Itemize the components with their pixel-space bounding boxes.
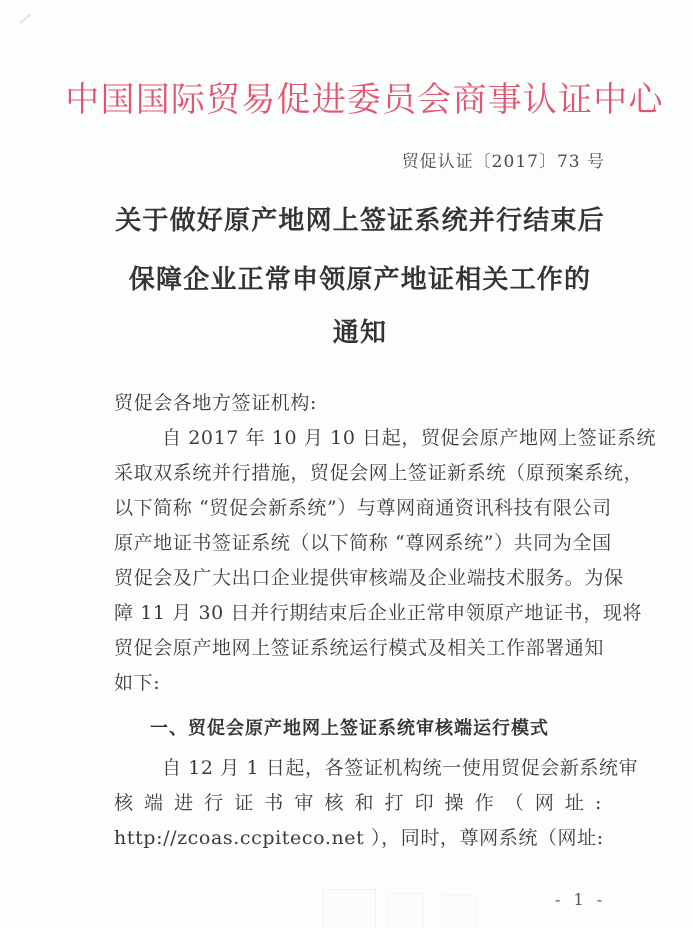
title-line-1: 关于做好原产地网上签证系统并行结束后 [100,204,620,238]
document-page: 中国国际贸易促进委员会商事认证中心 贸促认证〔2017〕73 号 关于做好原产地… [0,0,693,928]
paragraph-2-line-3: http://zcoas.ccpiteco.net ），同时，尊网系统（网址: [114,825,602,851]
section-1-heading: 一、贸促会原产地网上签证系统审核端运行模式 [150,716,549,742]
paragraph-2-line-1: 自 12 月 1 日起，各签证机构统一使用贸促会新系统审 [162,755,602,781]
document-number: 贸促认证〔2017〕73 号 [402,147,605,172]
paragraph-1-line-7: 贸促会原产地网上签证系统运行模式及相关工作部署通知 [114,635,602,661]
scan-bleed-artifact [441,895,477,928]
title-line-2: 保障企业正常申领原产地证相关工作的 [100,263,620,297]
scan-artifact [19,14,31,25]
paragraph-1-line-3: 以下简称 “贸促会新系统”）与尊网商通资讯科技有限公司 [114,495,602,521]
paragraph-1-line-6: 障 11 月 30 日并行期结束后企业正常申领原产地证书，现将 [114,600,602,626]
paragraph-1-line-5: 贸促会及广大出口企业提供审核端及企业端技术服务。为保 [114,565,602,591]
page-number: - 1 - [555,890,606,909]
paragraph-1-line-8: 如下: [114,670,160,696]
paragraph-1-line-4: 原产地证书签证系统（以下简称 “尊网系统”）共同为全国 [114,530,602,556]
scan-bleed-artifact [322,889,376,928]
issuer-header: 中国国际贸易促进委员会商事认证中心 [0,78,693,122]
paragraph-2-line-2: 核 端 进 行 证 书 审 核 和 打 印 操 作 （ 网 址 : [114,790,602,816]
salutation: 贸促会各地方签证机构: [114,390,317,416]
paragraph-1-line-1: 自 2017 年 10 月 10 日起，贸促会原产地网上签证系统 [162,425,602,451]
title-line-3: 通知 [100,316,620,350]
scan-bleed-artifact [388,893,424,928]
paragraph-1-line-2: 采取双系统并行措施，贸促会网上签证新系统（原预案系统， [114,460,602,486]
